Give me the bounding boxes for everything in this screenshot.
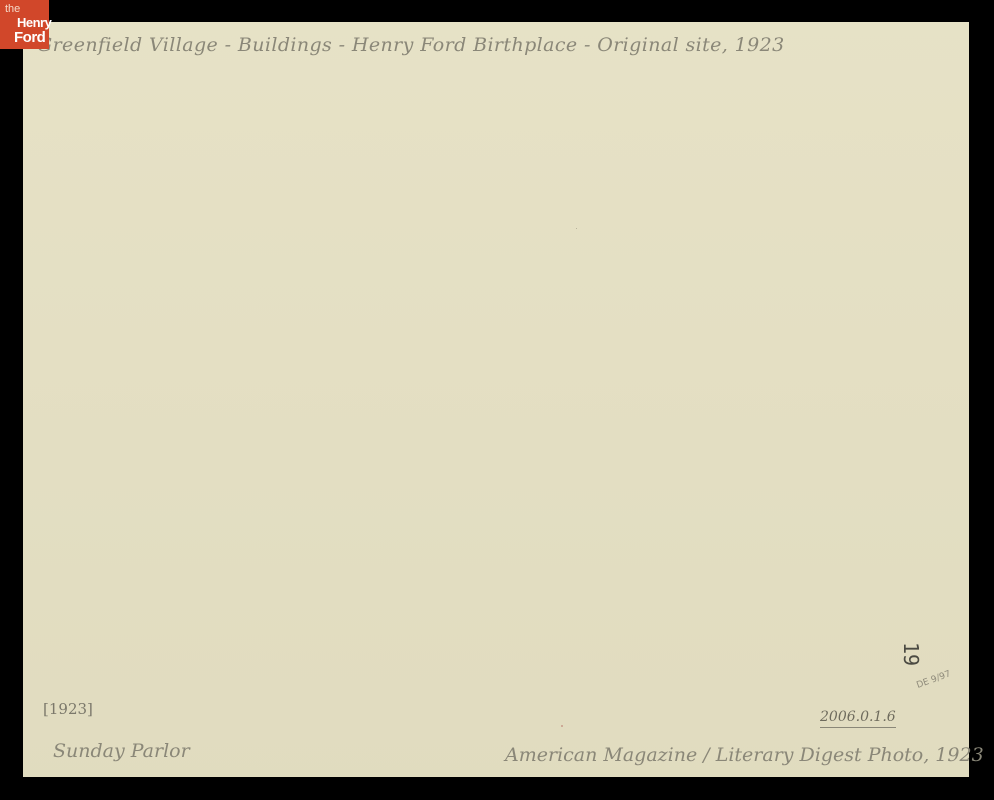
logo-henry: Henry — [17, 16, 51, 29]
title-inscription: Greenfield Village - Buildings - Henry F… — [37, 34, 785, 56]
the-henry-ford-logo: the Henry Ford — [0, 0, 49, 49]
stamp-number: 19 — [899, 642, 923, 666]
date-bracket: [1923] — [43, 700, 93, 718]
photo-reverse-paper: Greenfield Village - Buildings - Henry F… — [23, 22, 969, 777]
source-inscription: American Magazine / Literary Digest Phot… — [505, 744, 984, 766]
logo-the: the — [5, 4, 20, 15]
accession-number: 2006.0.1.6 — [820, 709, 896, 728]
caption-inscription: Sunday Parlor — [53, 740, 190, 762]
initials-mark: DE 9/97 — [916, 670, 952, 690]
paper-speck — [576, 228, 577, 229]
logo-ford: Ford — [14, 30, 45, 45]
paper-speck — [561, 725, 563, 727]
